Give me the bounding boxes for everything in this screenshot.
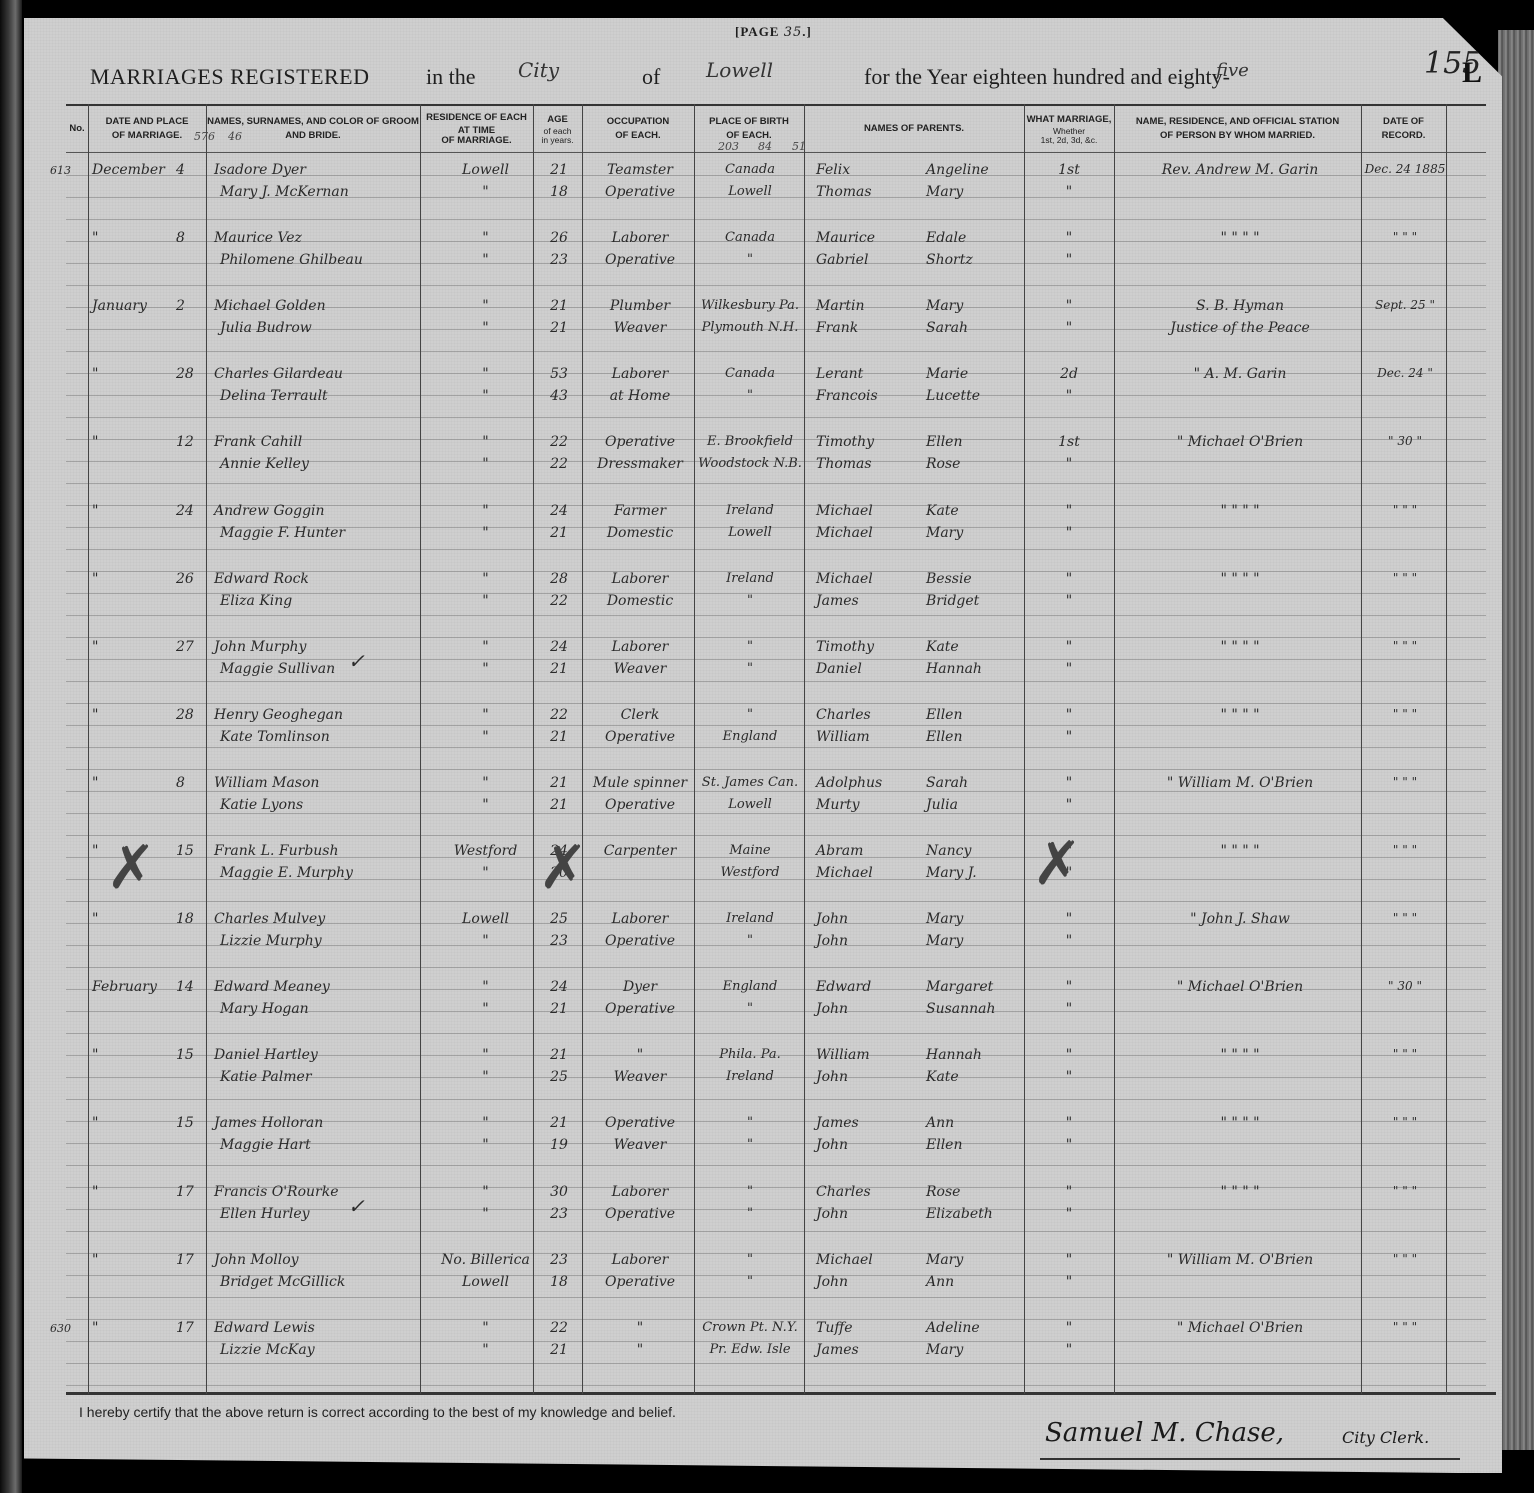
title-year: for the Year eighteen hundred and eighty… xyxy=(864,64,1230,90)
record-date: " " " xyxy=(1364,571,1446,585)
groom-father: Martin xyxy=(816,298,865,314)
margin-count: 84 xyxy=(758,140,772,153)
groom-mother: Kate xyxy=(926,639,959,655)
bride-residence: " xyxy=(438,729,533,745)
groom-birthplace: " xyxy=(698,1115,802,1130)
bride-birthplace: " xyxy=(698,252,802,267)
groom-age: 25 xyxy=(544,911,574,927)
groom-mother: Mary xyxy=(926,298,963,314)
groom-age: 21 xyxy=(544,298,574,314)
bride-occupation: Operative xyxy=(588,252,692,268)
rule-bottom xyxy=(66,1392,1496,1395)
officiant: " Michael O'Brien xyxy=(1122,979,1358,995)
header-label: OCCUPATION xyxy=(607,115,669,129)
groom-mother: Mary xyxy=(926,1252,963,1268)
groom-marriage-count: " xyxy=(1028,298,1110,314)
groom-marriage-count: " xyxy=(1028,1047,1110,1063)
bride-birthplace: " xyxy=(698,1137,802,1152)
bride-age: 22 xyxy=(544,593,574,609)
bride-birthplace: " xyxy=(698,933,802,948)
bride-birthplace: Westford xyxy=(698,865,802,880)
bride-residence: " xyxy=(438,593,533,609)
header-residence: RESIDENCE OF EACHAT TIMEOF MARRIAGE. xyxy=(420,106,533,152)
bride-occupation: Operative xyxy=(588,1001,692,1017)
officiant: " " " " xyxy=(1122,1047,1358,1063)
officiant: " William M. O'Brien xyxy=(1122,1252,1358,1268)
groom-birthplace: " xyxy=(698,707,802,722)
bride-father: John xyxy=(816,1274,848,1290)
marriage-entry: " 28 Henry Geoghegan Kate Tomlinson " " … xyxy=(66,703,1486,771)
bride-mother: Mary xyxy=(926,184,963,200)
bride-residence: " xyxy=(438,456,533,472)
bride-residence: " xyxy=(438,388,533,404)
groom-father: Timothy xyxy=(816,639,874,655)
groom-residence: " xyxy=(438,707,533,723)
groom-father: Adolphus xyxy=(816,775,882,791)
officiant: S. B. Hyman xyxy=(1122,298,1358,314)
header-birthplace: PLACE OF BIRTHOF EACH. xyxy=(694,106,804,152)
bride-marriage-count: " xyxy=(1028,1137,1110,1153)
bride-occupation: Operative xyxy=(588,933,692,949)
groom-occupation: Carpenter xyxy=(588,843,692,859)
bride-age: 21 xyxy=(544,661,574,677)
groom-birthplace: Maine xyxy=(698,843,802,858)
officiant: " John J. Shaw xyxy=(1122,911,1358,927)
book-binding-left xyxy=(0,0,22,1493)
groom-father: Timothy xyxy=(816,434,874,450)
groom-residence: No. Billerica xyxy=(438,1252,533,1268)
groom-occupation: Laborer xyxy=(588,571,692,587)
groom-age: 26 xyxy=(544,230,574,246)
bride-father: Gabriel xyxy=(816,252,868,268)
header-label: NAMES, SURNAMES, AND COLOR OF GROOM xyxy=(207,115,419,129)
groom-marriage-count: " xyxy=(1028,775,1110,791)
entry-month: " xyxy=(92,1047,98,1063)
title-year-handwritten: five xyxy=(1216,60,1249,81)
bride-marriage-count: " xyxy=(1028,593,1110,609)
groom-age: 22 xyxy=(544,1320,574,1336)
bride-occupation: Operative xyxy=(588,1274,692,1290)
header-what-marriage: WHAT MARRIAGE,Whether1st, 2d, 3d, &c. xyxy=(1024,106,1114,152)
entry-day: 15 xyxy=(176,1115,194,1131)
groom-marriage-count: " xyxy=(1028,571,1110,587)
bride-mother: Mary xyxy=(926,933,963,949)
groom-name: Edward Lewis xyxy=(214,1320,315,1336)
groom-father: Tuffe xyxy=(816,1320,853,1336)
entry-month: December xyxy=(92,162,165,178)
groom-name: Henry Geoghegan xyxy=(214,707,343,723)
groom-birthplace: Canada xyxy=(698,366,802,381)
record-date: " " " xyxy=(1364,1252,1446,1266)
book-page-edges xyxy=(1498,30,1534,1450)
bride-marriage-count: " xyxy=(1028,933,1110,949)
bride-name: Ellen Hurley xyxy=(220,1206,310,1222)
bride-marriage-count: " xyxy=(1028,1206,1110,1222)
bride-residence: " xyxy=(438,184,533,200)
bride-residence: " xyxy=(438,933,533,949)
bride-marriage-count: " xyxy=(1028,456,1110,472)
marriage-entry: " 17 John Molloy Bridget McGillick No. B… xyxy=(66,1248,1486,1316)
bride-name: Maggie Sullivan xyxy=(220,661,335,677)
bride-father: John xyxy=(816,1206,848,1222)
groom-name: Maurice Vez xyxy=(214,230,302,246)
bride-marriage-count: " xyxy=(1028,1274,1110,1290)
bride-name: Katie Lyons xyxy=(220,797,303,813)
officiant: " " " " xyxy=(1122,1115,1358,1131)
entry-day: 17 xyxy=(176,1320,194,1336)
groom-occupation: Mule spinner xyxy=(588,775,692,791)
title-main: MARRIAGES REGISTERED xyxy=(90,64,370,90)
title-of: of xyxy=(642,64,660,90)
bride-age: 21 xyxy=(544,1001,574,1017)
bride-age: 21 xyxy=(544,1342,574,1358)
groom-father: Edward xyxy=(816,979,871,995)
bride-mother: Lucette xyxy=(926,388,980,404)
groom-father: Charles xyxy=(816,1184,871,1200)
marriage-entry: " 8 William Mason Katie Lyons " " 21 21 … xyxy=(66,771,1486,839)
header-label: OF MARRIAGE. xyxy=(112,129,182,143)
groom-birthplace: St. James Can. xyxy=(698,775,802,790)
groom-residence: " xyxy=(438,434,533,450)
bride-age: 23 xyxy=(544,252,574,268)
groom-residence: " xyxy=(438,1047,533,1063)
bride-mother: Elizabeth xyxy=(926,1206,993,1222)
bride-residence: " xyxy=(438,252,533,268)
entry-month: " xyxy=(92,1115,98,1131)
bride-birthplace: Plymouth N.H. xyxy=(698,320,802,335)
groom-marriage-count: " xyxy=(1028,1115,1110,1131)
bride-residence: " xyxy=(438,1206,533,1222)
groom-age: 24 xyxy=(544,503,574,519)
entry-day: 12 xyxy=(176,434,194,450)
header-no: No. xyxy=(66,106,88,152)
bride-marriage-count: " xyxy=(1028,661,1110,677)
groom-marriage-count: " xyxy=(1028,1320,1110,1336)
bride-residence: " xyxy=(438,1069,533,1085)
groom-age: 22 xyxy=(544,434,574,450)
entry-month: " xyxy=(92,639,98,655)
bride-name: Maggie E. Murphy xyxy=(220,865,353,881)
marriage-entry: " 26 Edward Rock Eliza King " " 28 22 La… xyxy=(66,567,1486,635)
entry-month: " xyxy=(92,843,98,859)
entry-month: " xyxy=(92,911,98,927)
record-date: " " " xyxy=(1364,503,1446,517)
page-label: [PAGE 35.] xyxy=(735,24,812,40)
header-record-date: DATE OFRECORD. xyxy=(1361,106,1446,152)
entry-day: 27 xyxy=(176,639,194,655)
groom-mother: Ellen xyxy=(926,707,962,723)
bride-birthplace: Lowell xyxy=(698,525,802,540)
entry-month: " xyxy=(92,775,98,791)
bride-age: 21 xyxy=(544,525,574,541)
bride-residence: " xyxy=(438,661,533,677)
title-municipality-type: City xyxy=(518,58,559,82)
groom-mother: Sarah xyxy=(926,775,968,791)
header-officiant: NAME, RESIDENCE, AND OFFICIAL STATIONOF … xyxy=(1114,106,1361,152)
entry-month: " xyxy=(92,366,98,382)
bride-mother: Sarah xyxy=(926,320,968,336)
groom-marriage-count: " xyxy=(1028,503,1110,519)
bride-father: James xyxy=(816,593,859,609)
groom-birthplace: Canada xyxy=(698,230,802,245)
groom-occupation: Farmer xyxy=(588,503,692,519)
clerk-signature: Samuel M. Chase, xyxy=(1045,1418,1284,1448)
bride-marriage-count: " xyxy=(1028,797,1110,813)
bride-age: 19 xyxy=(544,1137,574,1153)
groom-birthplace: Ireland xyxy=(698,911,802,926)
bride-birthplace: Ireland xyxy=(698,1069,802,1084)
groom-father: James xyxy=(816,1115,859,1131)
bride-marriage-count: " xyxy=(1028,320,1110,336)
groom-birthplace: Ireland xyxy=(698,503,802,518)
groom-mother: Hannah xyxy=(926,1047,982,1063)
bride-occupation: Operative xyxy=(588,729,692,745)
groom-occupation: Laborer xyxy=(588,639,692,655)
bride-age: 22 xyxy=(544,456,574,472)
page-label-prefix: [PAGE xyxy=(735,24,779,39)
bride-mother: Susannah xyxy=(926,1001,996,1017)
record-date: " " " xyxy=(1364,1320,1446,1334)
header-label: OF EACH. xyxy=(615,129,660,143)
groom-occupation: Laborer xyxy=(588,1252,692,1268)
groom-age: 21 xyxy=(544,775,574,791)
groom-residence: " xyxy=(438,775,533,791)
groom-father: Michael xyxy=(816,503,873,519)
groom-occupation: Teamster xyxy=(588,162,692,178)
bride-marriage-count: " xyxy=(1028,729,1110,745)
bride-birthplace: Woodstock N.B. xyxy=(698,456,802,471)
groom-residence: Westford xyxy=(438,843,533,859)
groom-mother: Nancy xyxy=(926,843,971,859)
bride-name: Lizzie Murphy xyxy=(220,933,322,949)
bride-father: Frank xyxy=(816,320,858,336)
groom-father: Michael xyxy=(816,1252,873,1268)
entry-day: 2 xyxy=(176,298,185,314)
marriage-entry: " 17 Francis O'Rourke Ellen Hurley ✓ " "… xyxy=(66,1180,1486,1248)
groom-residence: " xyxy=(438,1115,533,1131)
groom-age: 21 xyxy=(544,162,574,178)
marriage-ledger-table: No. DATE AND PLACEOF MARRIAGE. NAMES, SU… xyxy=(66,104,1516,1394)
bride-age: 25 xyxy=(544,1069,574,1085)
bride-father: Michael xyxy=(816,865,873,881)
entry-day: 24 xyxy=(176,503,194,519)
bride-name: Mary J. McKernan xyxy=(220,184,349,200)
cancelled-entry-mark: ✗ xyxy=(538,833,588,903)
header-label: 1st, 2d, 3d, &c. xyxy=(1041,136,1098,145)
groom-birthplace: England xyxy=(698,979,802,994)
bride-residence: " xyxy=(438,1342,533,1358)
certification-statement: I hereby certify that the above return i… xyxy=(79,1404,676,1420)
groom-age: 21 xyxy=(544,1047,574,1063)
groom-occupation: Operative xyxy=(588,1115,692,1131)
bride-mother: Shortz xyxy=(926,252,973,268)
groom-marriage-count: " xyxy=(1028,1184,1110,1200)
bride-birthplace: " xyxy=(698,1274,802,1289)
groom-residence: " xyxy=(438,1184,533,1200)
groom-birthplace: Phila. Pa. xyxy=(698,1047,802,1062)
record-date: Dec. 24 1885 xyxy=(1364,162,1446,176)
bride-father: Thomas xyxy=(816,456,872,472)
groom-father: William xyxy=(816,1047,870,1063)
marriage-entry: " 24 Andrew Goggin Maggie F. Hunter " " … xyxy=(66,499,1486,567)
entry-number: 630 xyxy=(50,1322,71,1335)
groom-name: Isadore Dyer xyxy=(214,162,306,178)
groom-marriage-count: " xyxy=(1028,230,1110,246)
title-in-the: in the xyxy=(426,64,476,90)
groom-occupation: Laborer xyxy=(588,230,692,246)
groom-mother: Edale xyxy=(926,230,966,246)
groom-father: Michael xyxy=(816,571,873,587)
header-occupation: OCCUPATIONOF EACH. xyxy=(582,106,694,152)
record-date: " " " xyxy=(1364,230,1446,244)
bride-birthplace: " xyxy=(698,593,802,608)
entry-day: 8 xyxy=(176,230,185,246)
groom-father: Abram xyxy=(816,843,863,859)
bride-father: Daniel xyxy=(816,661,862,677)
officiant: " " " " xyxy=(1122,707,1358,723)
groom-occupation: Dyer xyxy=(588,979,692,995)
groom-marriage-count: " xyxy=(1028,639,1110,655)
entry-day: 18 xyxy=(176,911,194,927)
record-date: " " " xyxy=(1364,1115,1446,1129)
header-label: RESIDENCE OF EACH xyxy=(426,111,527,125)
bride-father: John xyxy=(816,933,848,949)
groom-father: Maurice xyxy=(816,230,875,246)
bride-name: Philomene Ghilbeau xyxy=(220,252,363,268)
groom-name: Andrew Goggin xyxy=(214,503,325,519)
groom-mother: Bessie xyxy=(926,571,972,587)
check-mark: ✓ xyxy=(348,1194,365,1218)
groom-name: Michael Golden xyxy=(214,298,326,314)
marriage-entry: " 15 James Holloran Maggie Hart " " 21 1… xyxy=(66,1111,1486,1179)
bride-birthplace: " xyxy=(698,661,802,676)
bride-age: 23 xyxy=(544,933,574,949)
groom-occupation: Laborer xyxy=(588,366,692,382)
entry-month: " xyxy=(92,1252,98,1268)
groom-father: Charles xyxy=(816,707,871,723)
groom-marriage-count: 1st xyxy=(1028,162,1110,178)
groom-occupation: Operative xyxy=(588,434,692,450)
bride-mother: Ellen xyxy=(926,729,962,745)
bride-mother: Bridget xyxy=(926,593,979,609)
groom-name: Charles Mulvey xyxy=(214,911,325,927)
header-label: OF MARRIAGE. xyxy=(441,136,511,146)
header-label: AND BRIDE. xyxy=(285,129,340,143)
groom-residence: " xyxy=(438,639,533,655)
groom-birthplace: Crown Pt. N.Y. xyxy=(698,1320,802,1335)
entry-month: January xyxy=(92,298,147,314)
bride-father: Murty xyxy=(816,797,860,813)
check-mark: ✓ xyxy=(348,649,365,673)
entry-month: February xyxy=(92,979,157,995)
bride-occupation: Operative xyxy=(588,1206,692,1222)
groom-father: Lerant xyxy=(816,366,863,382)
bride-birthplace: England xyxy=(698,729,802,744)
bride-mother: Mary xyxy=(926,525,963,541)
groom-mother: Rose xyxy=(926,1184,960,1200)
signature-line xyxy=(1040,1458,1460,1460)
officiant: " A. M. Garin xyxy=(1122,366,1358,382)
groom-age: 24 xyxy=(544,639,574,655)
header-label: DATE OF xyxy=(1383,115,1424,129)
officiant-station: Justice of the Peace xyxy=(1122,320,1358,336)
marriage-entry: " 12 Frank Cahill Annie Kelley " " 22 22… xyxy=(66,430,1486,498)
groom-age: 23 xyxy=(544,1252,574,1268)
groom-mother: Adeline xyxy=(926,1320,980,1336)
bride-marriage-count: " xyxy=(1028,525,1110,541)
clerk-title: City Clerk. xyxy=(1342,1428,1429,1447)
bride-mother: Ellen xyxy=(926,1137,962,1153)
groom-mother: Ann xyxy=(926,1115,954,1131)
bride-mother: Hannah xyxy=(926,661,982,677)
margin-count: 46 xyxy=(228,130,242,143)
groom-name: Edward Rock xyxy=(214,571,309,587)
officiant: " " " " xyxy=(1122,230,1358,246)
entry-day: 15 xyxy=(176,843,194,859)
bride-name: Eliza King xyxy=(220,593,292,609)
groom-occupation: Plumber xyxy=(588,298,692,314)
header-label: in years. xyxy=(541,136,573,145)
bride-residence: " xyxy=(438,320,533,336)
groom-birthplace: " xyxy=(698,1252,802,1267)
groom-name: William Mason xyxy=(214,775,319,791)
groom-mother: Mary xyxy=(926,911,963,927)
bride-name: Lizzie McKay xyxy=(220,1342,315,1358)
header-label: DATE AND PLACE xyxy=(106,115,189,129)
marriage-entry: " 15 Frank L. Furbush Maggie E. Murphy W… xyxy=(66,839,1486,907)
groom-age: 21 xyxy=(544,1115,574,1131)
groom-age: 30 xyxy=(544,1184,574,1200)
groom-birthplace: " xyxy=(698,1184,802,1199)
entry-month: " xyxy=(92,1184,98,1200)
bride-age: 21 xyxy=(544,320,574,336)
groom-mother: Marie xyxy=(926,366,968,382)
entry-month: " xyxy=(92,1320,98,1336)
bride-name: Annie Kelley xyxy=(220,456,309,472)
bride-marriage-count: " xyxy=(1028,1001,1110,1017)
entry-day: 28 xyxy=(176,707,194,723)
entry-number: 613 xyxy=(50,164,71,177)
margin-count: 576 xyxy=(194,130,215,143)
bride-occupation: Operative xyxy=(588,797,692,813)
officiant: " William M. O'Brien xyxy=(1122,775,1358,791)
bride-occupation: " xyxy=(588,1342,692,1358)
bride-birthplace: Lowell xyxy=(698,797,802,812)
bride-father: John xyxy=(816,1001,848,1017)
bride-occupation: Operative xyxy=(588,184,692,200)
header-date: DATE AND PLACEOF MARRIAGE. xyxy=(88,106,206,152)
bride-age: 18 xyxy=(544,184,574,200)
header-label: NAME, RESIDENCE, AND OFFICIAL STATION xyxy=(1136,115,1339,129)
marriage-entry: " 18 Charles Mulvey Lizzie Murphy Lowell… xyxy=(66,907,1486,975)
record-date: Dec. 24 " xyxy=(1364,366,1446,380)
bride-age: 18 xyxy=(544,1274,574,1290)
groom-marriage-count: " xyxy=(1028,1252,1110,1268)
groom-mother: Kate xyxy=(926,503,959,519)
groom-residence: " xyxy=(438,366,533,382)
bride-birthplace: Lowell xyxy=(698,184,802,199)
officiant: " Michael O'Brien xyxy=(1122,434,1358,450)
officiant: Rev. Andrew M. Garin xyxy=(1122,162,1358,178)
bride-mother: Mary J. xyxy=(926,865,977,881)
groom-residence: " xyxy=(438,571,533,587)
entry-day: 17 xyxy=(176,1184,194,1200)
bride-occupation: Weaver xyxy=(588,661,692,677)
record-date: " " " xyxy=(1364,639,1446,653)
bride-mother: Kate xyxy=(926,1069,959,1085)
bride-residence: Lowell xyxy=(438,1274,533,1290)
bride-marriage-count: " xyxy=(1028,184,1110,200)
